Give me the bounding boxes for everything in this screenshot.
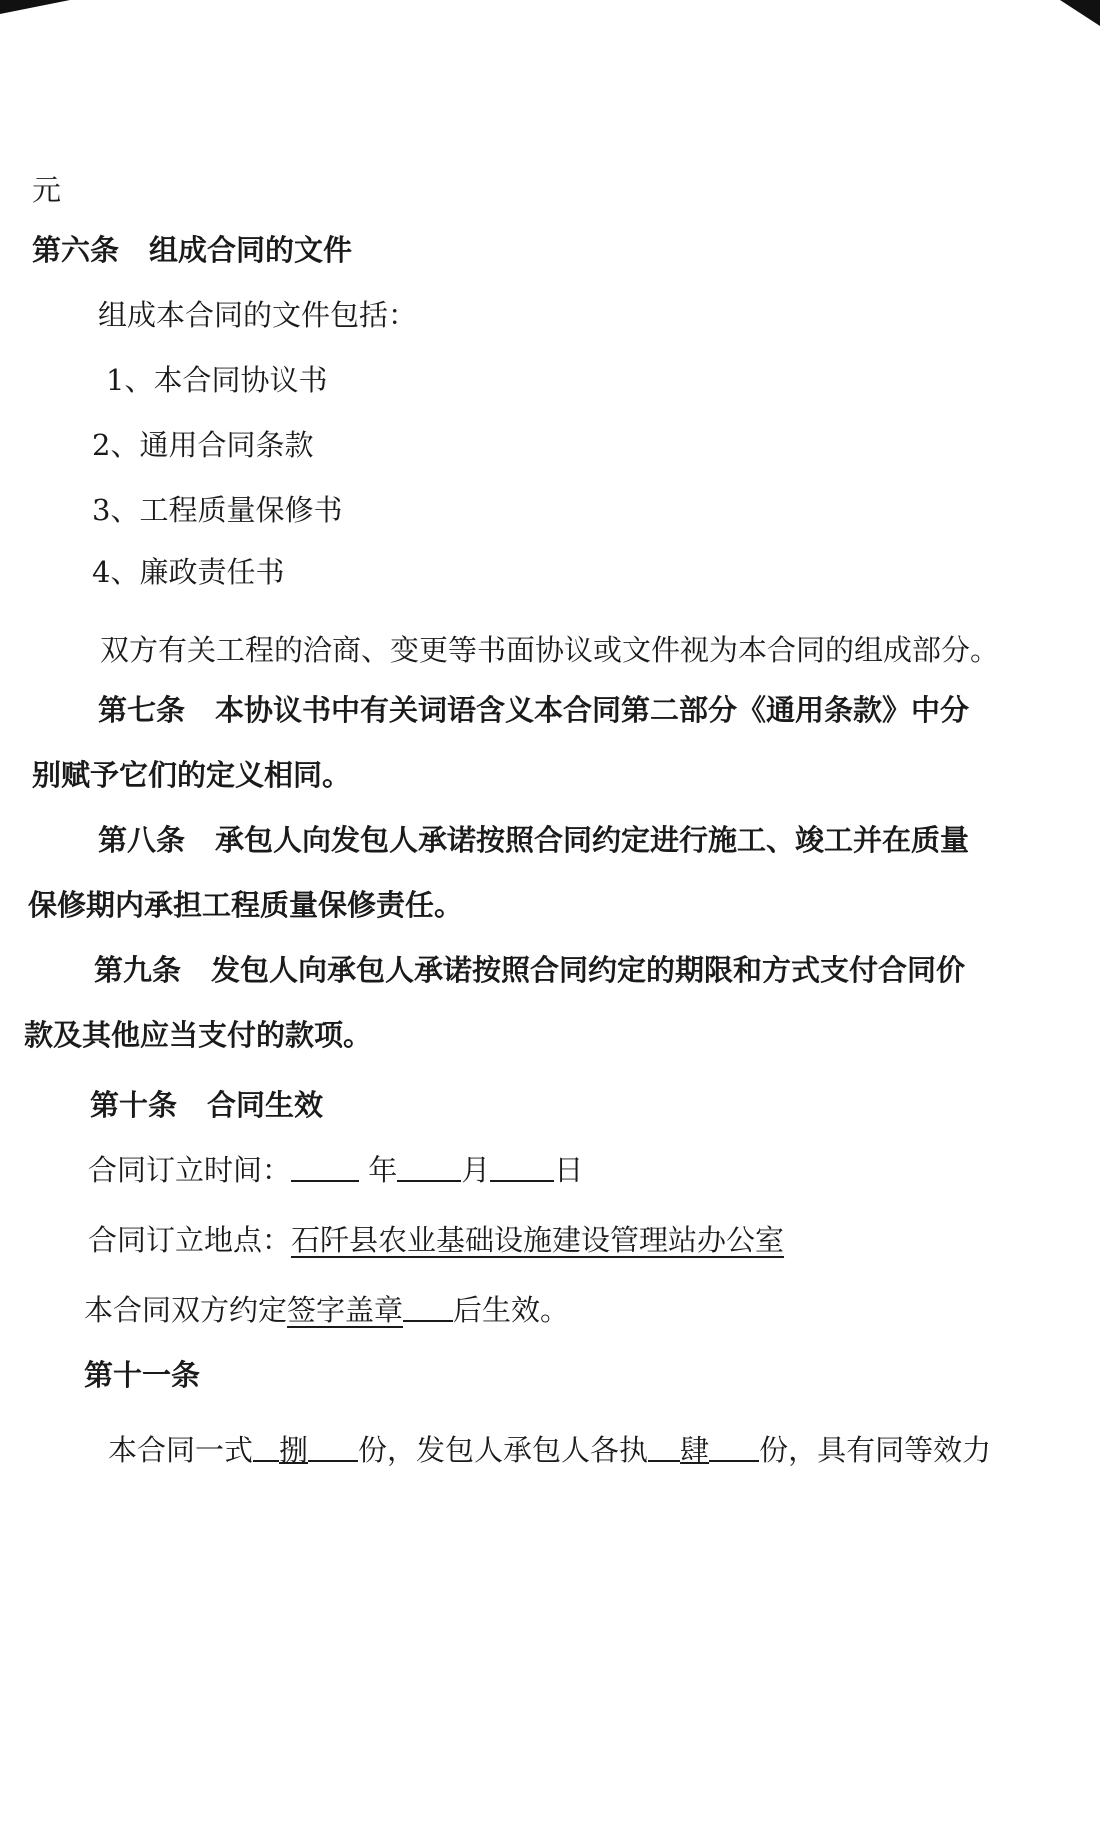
article-7-line1: 第七条本协议书中有关词语含义本合同第二部分《通用条款》中分 [98, 690, 969, 730]
article-number: 第八条 [98, 823, 185, 857]
blank-line [709, 1432, 759, 1462]
article-6-outro: 双方有关工程的洽商、变更等书面协议或文件视为本合同的组成部分。 [100, 630, 999, 670]
effective-clause: 本合同双方约定签字盖章后生效。 [84, 1290, 569, 1330]
effect-value: 签字盖章 [287, 1293, 403, 1327]
effect-prefix: 本合同双方约定 [84, 1293, 287, 1327]
article-6-heading: 第六条组成合同的文件 [32, 230, 352, 270]
list-item: 1、本合同协议书 [106, 360, 327, 400]
article-title: 组成合同的文件 [149, 233, 352, 267]
signing-place: 合同订立地点：石阡县农业基础设施建设管理站办公室 [88, 1220, 784, 1260]
article-title: 合同生效 [207, 1088, 323, 1122]
copies-prefix: 本合同一式 [108, 1433, 253, 1467]
article-number: 第七条 [98, 693, 185, 727]
list-item: 4、廉政责任书 [92, 552, 284, 592]
total-copies: 捌 [279, 1433, 308, 1467]
signing-place-value: 石阡县农业基础设施建设管理站办公室 [291, 1223, 784, 1257]
month-label: 月 [461, 1153, 490, 1187]
day-field[interactable] [490, 1152, 554, 1182]
scan-shadow [0, 0, 70, 14]
article-8-line2: 保修期内承担工程质量保修责任。 [28, 885, 463, 925]
day-label: 日 [554, 1153, 583, 1187]
signing-place-label: 合同订立地点： [88, 1223, 291, 1257]
blank-line [308, 1432, 358, 1462]
copies-suffix: 份，具有同等效力 [759, 1433, 991, 1467]
article-text: 发包人向承包人承诺按照合同约定的期限和方式支付合同价 [211, 953, 965, 987]
article-9-line1: 第九条发包人向承包人承诺按照合同约定的期限和方式支付合同价 [94, 950, 965, 990]
article-7-line2: 别赋予它们的定义相同。 [32, 755, 351, 795]
article-number: 第九条 [94, 953, 181, 987]
article-text: 承包人向发包人承诺按照合同约定进行施工、竣工并在质量 [215, 823, 969, 857]
article-9-line2: 款及其他应当支付的款项。 [24, 1015, 372, 1055]
effect-suffix: 后生效。 [453, 1293, 569, 1327]
article-number: 第十条 [90, 1088, 177, 1122]
blank-line [253, 1432, 279, 1462]
copies-each: 肆 [680, 1433, 709, 1467]
article-11-text: 本合同一式捌份，发包人承包人各执肆份，具有同等效力 [108, 1430, 991, 1470]
article-number: 第六条 [32, 233, 119, 267]
carryover-text: 元 [32, 170, 61, 210]
list-item: 2、通用合同条款 [92, 425, 313, 465]
year-field[interactable] [291, 1152, 359, 1182]
list-item: 3、工程质量保修书 [92, 490, 342, 530]
year-label: 年 [368, 1153, 397, 1187]
article-10-heading: 第十条合同生效 [90, 1085, 323, 1125]
signing-time: 合同订立时间： 年月日 [88, 1150, 583, 1190]
article-8-line1: 第八条承包人向发包人承诺按照合同约定进行施工、竣工并在质量 [98, 820, 969, 860]
signing-time-label: 合同订立时间： [88, 1153, 291, 1187]
blank-line [648, 1432, 680, 1462]
blank-line [403, 1292, 453, 1322]
article-6-intro: 组成本合同的文件包括： [98, 295, 417, 335]
copies-mid: 份，发包人承包人各执 [358, 1433, 648, 1467]
article-11-heading: 第十一条 [84, 1355, 200, 1395]
article-text: 本协议书中有关词语含义本合同第二部分《通用条款》中分 [215, 693, 969, 727]
scan-shadow [1060, 0, 1100, 26]
month-field[interactable] [397, 1152, 461, 1182]
